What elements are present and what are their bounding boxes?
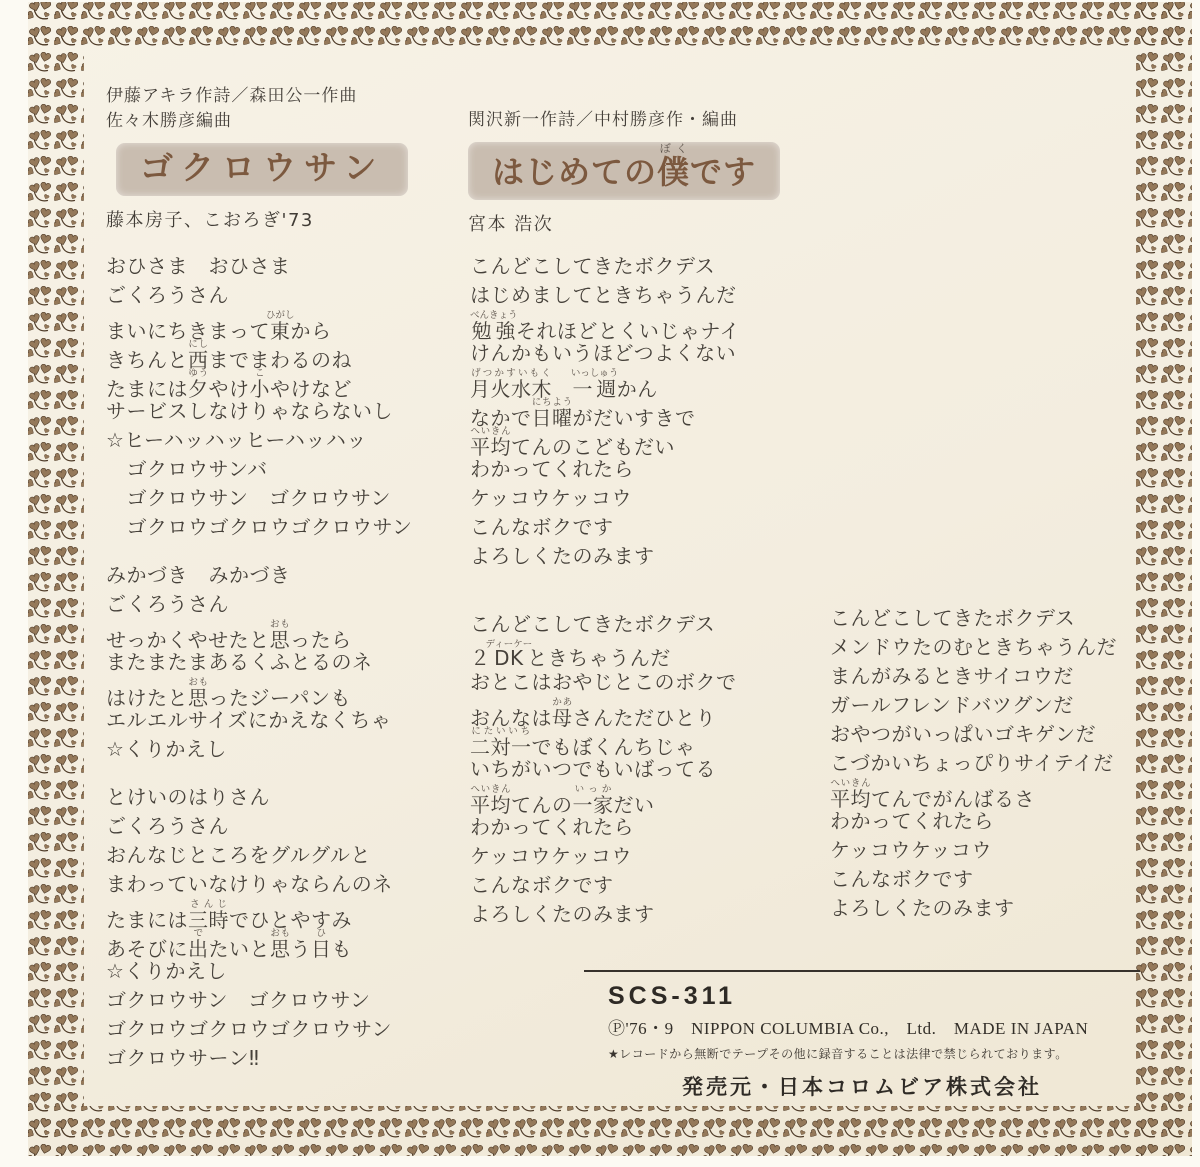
lyric-line: ゴクロウサン ゴクロウサン [106,484,413,513]
lyric-line: ☆ヒーハッハッヒーハッハッ [106,426,413,455]
lyric-line: ケッコウケッコウ [470,484,740,513]
border-bottom-strip [28,1106,1192,1156]
lyric-line: たまには三時さんじでひとやすみ [106,899,413,928]
lyric-line: よろしくたのみます [830,894,1117,923]
song-a-credits: 伊藤アキラ作詩／森田公一作曲 佐々木勝彦編曲 [106,84,408,134]
lyric-sheet-page: 伊藤アキラ作詩／森田公一作曲 佐々木勝彦編曲 ゴクロウサン 藤本房子、こおろぎ'… [0,0,1200,1167]
lyric-line: ゴクロウサーン‼ [106,1044,413,1073]
lyric-line: まんがみるときサイコウだ [830,662,1117,691]
lyric-line: サービスしなけりゃならないし [106,397,413,426]
catalog-number: SCS-311 [608,982,1140,1011]
lyric-line: ケッコウケッコウ [830,836,1117,865]
border-right-strip [1136,2,1192,1156]
song-b-artist: 宮本 浩次 [468,210,780,236]
lyric-line: ２DKディーケーときちゃうんだ [470,639,740,668]
lyric-line: いちがいつでもいばってる [470,755,740,784]
lyric-line: みかづき みかづき [106,561,413,590]
lyric-line: こんなボクです [830,865,1117,894]
lyric-line: とけいのはりさん [106,783,413,812]
song-a-artist: 藤本房子、こおろぎ'73 [106,206,408,232]
lyric-line: ガールフレンドバツグンだ [830,691,1117,720]
verse: こんどこしてきたボクデスメンドウたのむときちゃうんだまんがみるときサイコウだガー… [830,604,1117,923]
lyric-line: まわっていなけりゃならんのネ [106,870,413,899]
lyric-line: こづかいちょっぴりサイテイだ [830,749,1117,778]
lyric-line: こんどこしてきたボクデス [830,604,1117,633]
lyric-line: はじめましてときちゃうんだ [470,281,740,310]
lyric-line: こんどこしてきたボクデス [470,610,740,639]
publisher-line: 発売元・日本コロムビア株式会社 [584,1071,1140,1101]
lyric-line: おんなは母かあさんただひとり [470,697,740,726]
lyrics-column-song-b-2: こんどこしてきたボクデスメンドウたのむときちゃうんだまんがみるときサイコウだガー… [830,604,1117,942]
footer-divider [584,970,1140,972]
song-b-title-badge: はじめての僕ぼくです [468,142,780,200]
lyric-line: おとこはおやじとこのボクで [470,668,740,697]
song-b-credits: 関沢新一作詩／中村勝彦作・編曲 [468,108,780,133]
lyric-line: けんかもいうほどつよくない [470,339,740,368]
lyric-line: 月火水木げつかすいもく 一週いっしゅうかん [470,368,740,397]
border-left-strip [28,2,84,1156]
lyric-line: こんどこしてきたボクデス [470,252,740,281]
song-a-header: 伊藤アキラ作詩／森田公一作曲 佐々木勝彦編曲 ゴクロウサン 藤本房子、こおろぎ'… [106,84,408,232]
footer-block: SCS-311 Ⓟ'76・9 NIPPON COLUMBIA Co., Ltd.… [584,970,1140,1101]
lyric-line: ゴクロウサン ゴクロウサン [106,986,413,1015]
lyric-line: こんなボクです [470,513,740,542]
lyric-line: よろしくたのみます [470,542,740,571]
verse: こんどこしてきたボクデス２DKディーケーときちゃうんだおとこはおやじとこのボクで… [470,610,740,929]
lyric-line: 勉強べんきょうそれほどとくいじゃナイ [470,310,740,339]
song-a-title: ゴクロウサン [140,148,384,187]
song-a-title-badge: ゴクロウサン [116,143,408,196]
lyric-line: せっかくやせたと思おもったら [106,619,413,648]
verse: みかづき みかづきごくろうさんせっかくやせたと思おもったらまたまたまあるくふとる… [106,561,413,764]
lyric-line: こんなボクです [470,871,740,900]
song-b-title: はじめての僕ぼくです [492,153,756,191]
lyric-line: はけたと思おもったジーパンも [106,677,413,706]
border-top-strip [28,2,1192,52]
lyric-line: おんなじところをグルグルと [106,841,413,870]
lyric-line: ☆くりかえし [106,735,413,764]
lyric-line: わかってくれたら [830,807,1117,836]
lyric-line: ごくろうさん [106,590,413,619]
lyric-line: おひさま おひさま [106,252,413,281]
lyric-line: ゴクロウゴクロウゴクロウサン [106,513,413,542]
verse: おひさま おひさまごくろうさんまいにちきまって東ひがしからきちんと西にしまでまわ… [106,252,413,542]
lyric-line: メンドウたのむときちゃうんだ [830,633,1117,662]
lyric-line: ケッコウケッコウ [470,842,740,871]
lyric-line: わかってくれたら [470,455,740,484]
lyric-line: エルエルサイズにかえなくちゃ [106,706,413,735]
lyric-line: またまたまあるくふとるのネ [106,648,413,677]
lyric-line: ゴクロウゴクロウゴクロウサン [106,1015,413,1044]
lyric-line: わかってくれたら [470,813,740,842]
song-b-header: 関沢新一作詩／中村勝彦作・編曲 はじめての僕ぼくです 宮本 浩次 [468,108,780,236]
lyric-line: ごくろうさん [106,281,413,310]
lyric-line: 平均へいきんてんでがんばるさ [830,778,1117,807]
lyric-line: よろしくたのみます [470,900,740,929]
lyric-line: まいにちきまって東ひがしから [106,310,413,339]
copy-warning-text: ★レコードから無断でテープその他に録音することは法律で禁じられております。 [608,1045,1140,1062]
lyric-line: ごくろうさん [106,812,413,841]
lyric-line: 平均へいきんてんの一家いっかだい [470,784,740,813]
lyric-line: おやつがいっぱいゴキゲンだ [830,720,1117,749]
lyric-line: ゴクロウサンバ [106,455,413,484]
phonogram-copyright-line: Ⓟ'76・9 NIPPON COLUMBIA Co., Ltd. MADE IN… [608,1014,1140,1039]
verse: こんどこしてきたボクデスはじめましてときちゃうんだ勉強べんきょうそれほどとくいじ… [470,252,740,571]
lyrics-column-song-b-1: こんどこしてきたボクデスはじめましてときちゃうんだ勉強べんきょうそれほどとくいじ… [470,252,740,968]
verse: とけいのはりさんごくろうさんおんなじところをグルグルとまわっていなけりゃならんの… [106,783,413,1073]
lyrics-column-song-a: おひさま おひさまごくろうさんまいにちきまって東ひがしからきちんと西にしまでまわ… [106,252,413,1092]
